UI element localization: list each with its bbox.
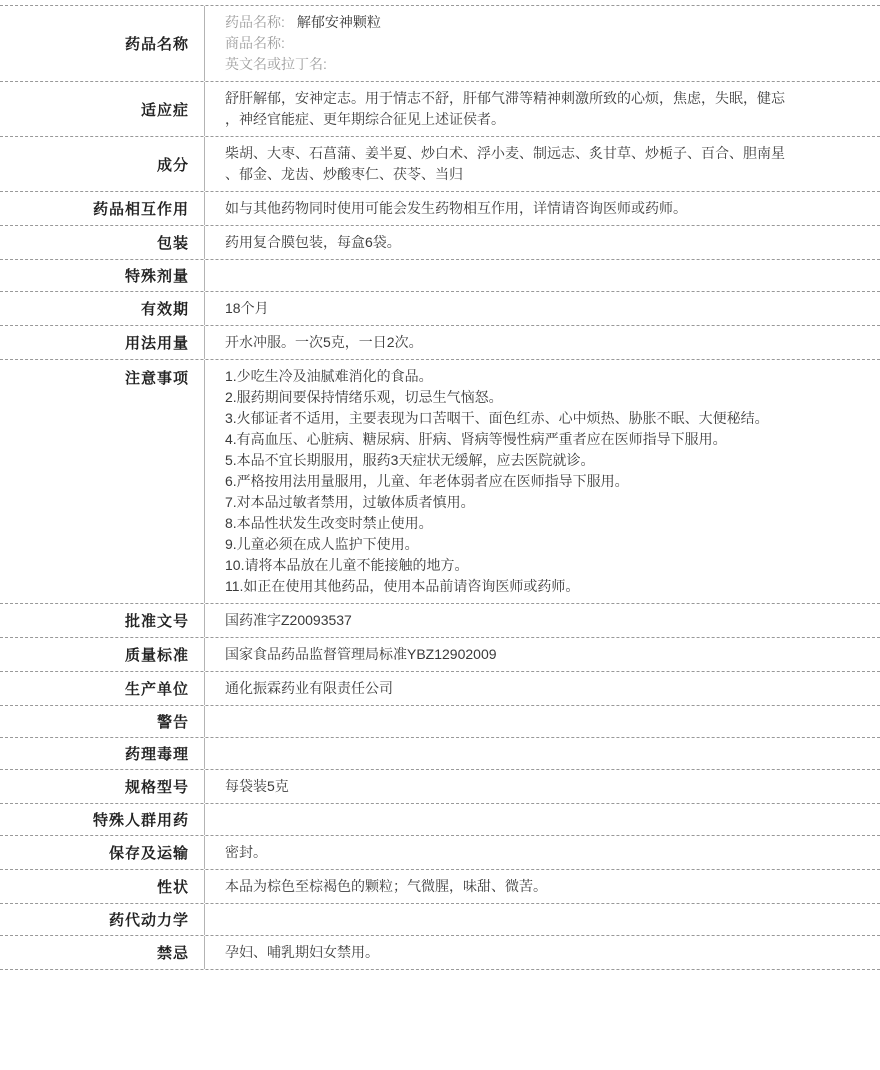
- value-line: 2.服药期间要保持情绪乐观，切忌生气恼怒。: [225, 387, 862, 408]
- value-line: 密封。: [225, 842, 862, 863]
- row-properties: 性状 本品为棕色至棕褐色的颗粒；气微腥，味甜、微苦。: [0, 870, 880, 904]
- row-label: 规格型号: [0, 770, 205, 803]
- row-value: [205, 804, 880, 835]
- row-label: 成分: [0, 137, 205, 191]
- row-indications: 适应症 舒肝解郁，安神定志。用于情志不舒，肝郁气滞等精神刺激所致的心烦，焦虑，失…: [0, 82, 880, 137]
- row-label: 有效期: [0, 292, 205, 325]
- row-pharmacokinetics: 药代动力学: [0, 904, 880, 936]
- page: 药品名称 药品名称:解郁安神颗粒商品名称:英文名或拉丁名: 适应症 舒肝解郁，安…: [0, 0, 880, 1070]
- row-value: [205, 904, 880, 935]
- value-line: 通化振霖药业有限责任公司: [225, 678, 862, 699]
- name-field-line: 商品名称:: [225, 33, 862, 54]
- row-label: 特殊剂量: [0, 260, 205, 291]
- row-label: 特殊人群用药: [0, 804, 205, 835]
- row-value: 通化振霖药业有限责任公司: [205, 672, 880, 705]
- row-label: 适应症: [0, 82, 205, 136]
- value-line: 柴胡、大枣、石菖蒲、姜半夏、炒白术、浮小麦、制远志、炙甘草、炒栀子、百合、胆南星: [225, 143, 862, 164]
- row-value: [205, 706, 880, 737]
- value-line: 开水冲服。一次5克，一日2次。: [225, 332, 862, 353]
- row-drug-name: 药品名称 药品名称:解郁安神颗粒商品名称:英文名或拉丁名:: [0, 6, 880, 82]
- row-manufacturer: 生产单位 通化振霖药业有限责任公司: [0, 672, 880, 706]
- value-line: 4.有高血压、心脏病、糖尿病、肝病、肾病等慢性病严重者应在医师指导下服用。: [225, 429, 862, 450]
- value-line: ，神经官能症、更年期综合征见上述证侯者。: [225, 109, 862, 130]
- value-line: 5.本品不宜长期服用，服药3天症状无缓解，应去医院就诊。: [225, 450, 862, 471]
- row-ingredients: 成分 柴胡、大枣、石菖蒲、姜半夏、炒白术、浮小麦、制远志、炙甘草、炒栀子、百合、…: [0, 137, 880, 192]
- row-packaging: 包装 药用复合膜包装，每盒6袋。: [0, 226, 880, 260]
- field-value: 解郁安神颗粒: [297, 14, 381, 30]
- value-line: 11.如正在使用其他药品，使用本品前请咨询医师或药师。: [225, 576, 862, 597]
- row-value: 柴胡、大枣、石菖蒲、姜半夏、炒白术、浮小麦、制远志、炙甘草、炒栀子、百合、胆南星…: [205, 137, 880, 191]
- row-usage-dosage: 用法用量 开水冲服。一次5克，一日2次。: [0, 326, 880, 360]
- value-line: 本品为棕色至棕褐色的颗粒；气微腥，味甜、微苦。: [225, 876, 862, 897]
- row-label: 药品相互作用: [0, 192, 205, 225]
- row-specification: 规格型号 每袋装5克: [0, 770, 880, 804]
- row-label: 批准文号: [0, 604, 205, 637]
- row-value: [205, 738, 880, 769]
- row-value: 国家食品药品监督管理局标准YBZ12902009: [205, 638, 880, 671]
- row-special-dosage: 特殊剂量: [0, 260, 880, 292]
- value-line: 18个月: [225, 298, 862, 319]
- field-key: 英文名或拉丁名:: [225, 56, 327, 72]
- row-label: 性状: [0, 870, 205, 903]
- row-precautions: 注意事项 1.少吃生冷及油腻难消化的食品。2.服药期间要保持情绪乐观，切忌生气恼…: [0, 360, 880, 604]
- row-value: 药用复合膜包装，每盒6袋。: [205, 226, 880, 259]
- row-label: 注意事项: [0, 360, 205, 603]
- row-label: 药代动力学: [0, 904, 205, 935]
- row-pharmacology-toxicology: 药理毒理: [0, 738, 880, 770]
- row-value: 每袋装5克: [205, 770, 880, 803]
- drug-info-table: 药品名称 药品名称:解郁安神颗粒商品名称:英文名或拉丁名: 适应症 舒肝解郁，安…: [0, 5, 880, 970]
- row-special-populations: 特殊人群用药: [0, 804, 880, 836]
- value-line: 每袋装5克: [225, 776, 862, 797]
- row-value: 如与其他药物同时使用可能会发生药物相互作用，详情请咨询医师或药师。: [205, 192, 880, 225]
- value-line: 、郁金、龙齿、炒酸枣仁、茯苓、当归: [225, 164, 862, 185]
- row-value: 本品为棕色至棕褐色的颗粒；气微腥，味甜、微苦。: [205, 870, 880, 903]
- name-field-line: 药品名称:解郁安神颗粒: [225, 12, 862, 33]
- row-shelf-life: 有效期 18个月: [0, 292, 880, 326]
- row-value: 国药准字Z20093537: [205, 604, 880, 637]
- row-value: 药品名称:解郁安神颗粒商品名称:英文名或拉丁名:: [205, 6, 880, 81]
- row-approval-number: 批准文号 国药准字Z20093537: [0, 604, 880, 638]
- value-line: 6.严格按用法用量服用，儿童、年老体弱者应在医师指导下服用。: [225, 471, 862, 492]
- row-label: 包装: [0, 226, 205, 259]
- value-line: 10.请将本品放在儿童不能接触的地方。: [225, 555, 862, 576]
- row-label: 生产单位: [0, 672, 205, 705]
- row-contraindications: 禁忌 孕妇、哺乳期妇女禁用。: [0, 936, 880, 970]
- value-line: 3.火郁证者不适用，主要表现为口苦咽干、面色红赤、心中烦热、胁胀不眠、大便秘结。: [225, 408, 862, 429]
- field-key: 药品名称:: [225, 14, 285, 30]
- row-value: 舒肝解郁，安神定志。用于情志不舒，肝郁气滞等精神刺激所致的心烦，焦虑，失眠，健忘…: [205, 82, 880, 136]
- row-label: 药品名称: [0, 6, 205, 81]
- value-line: 1.少吃生冷及油腻难消化的食品。: [225, 366, 862, 387]
- row-value: 1.少吃生冷及油腻难消化的食品。2.服药期间要保持情绪乐观，切忌生气恼怒。3.火…: [205, 360, 880, 603]
- row-value: 开水冲服。一次5克，一日2次。: [205, 326, 880, 359]
- value-line: 国药准字Z20093537: [225, 610, 862, 631]
- row-warning: 警告: [0, 706, 880, 738]
- value-line: 国家食品药品监督管理局标准YBZ12902009: [225, 644, 862, 665]
- row-value: [205, 260, 880, 291]
- row-label: 质量标准: [0, 638, 205, 671]
- row-value: 孕妇、哺乳期妇女禁用。: [205, 936, 880, 969]
- value-line: 8.本品性状发生改变时禁止使用。: [225, 513, 862, 534]
- value-line: 孕妇、哺乳期妇女禁用。: [225, 942, 862, 963]
- row-label: 警告: [0, 706, 205, 737]
- row-drug-interactions: 药品相互作用 如与其他药物同时使用可能会发生药物相互作用，详情请咨询医师或药师。: [0, 192, 880, 226]
- value-line: 7.对本品过敏者禁用，过敏体质者慎用。: [225, 492, 862, 513]
- value-line: 如与其他药物同时使用可能会发生药物相互作用，详情请咨询医师或药师。: [225, 198, 862, 219]
- field-key: 商品名称:: [225, 35, 285, 51]
- name-field-line: 英文名或拉丁名:: [225, 54, 862, 75]
- row-label: 药理毒理: [0, 738, 205, 769]
- row-label: 用法用量: [0, 326, 205, 359]
- row-value: 18个月: [205, 292, 880, 325]
- value-line: 舒肝解郁，安神定志。用于情志不舒，肝郁气滞等精神刺激所致的心烦，焦虑，失眠，健忘: [225, 88, 862, 109]
- value-line: 药用复合膜包装，每盒6袋。: [225, 232, 862, 253]
- row-value: 密封。: [205, 836, 880, 869]
- value-line: 9.儿童必须在成人监护下使用。: [225, 534, 862, 555]
- row-label: 保存及运输: [0, 836, 205, 869]
- row-quality-standard: 质量标准 国家食品药品监督管理局标准YBZ12902009: [0, 638, 880, 672]
- row-storage-transport: 保存及运输 密封。: [0, 836, 880, 870]
- row-label: 禁忌: [0, 936, 205, 969]
